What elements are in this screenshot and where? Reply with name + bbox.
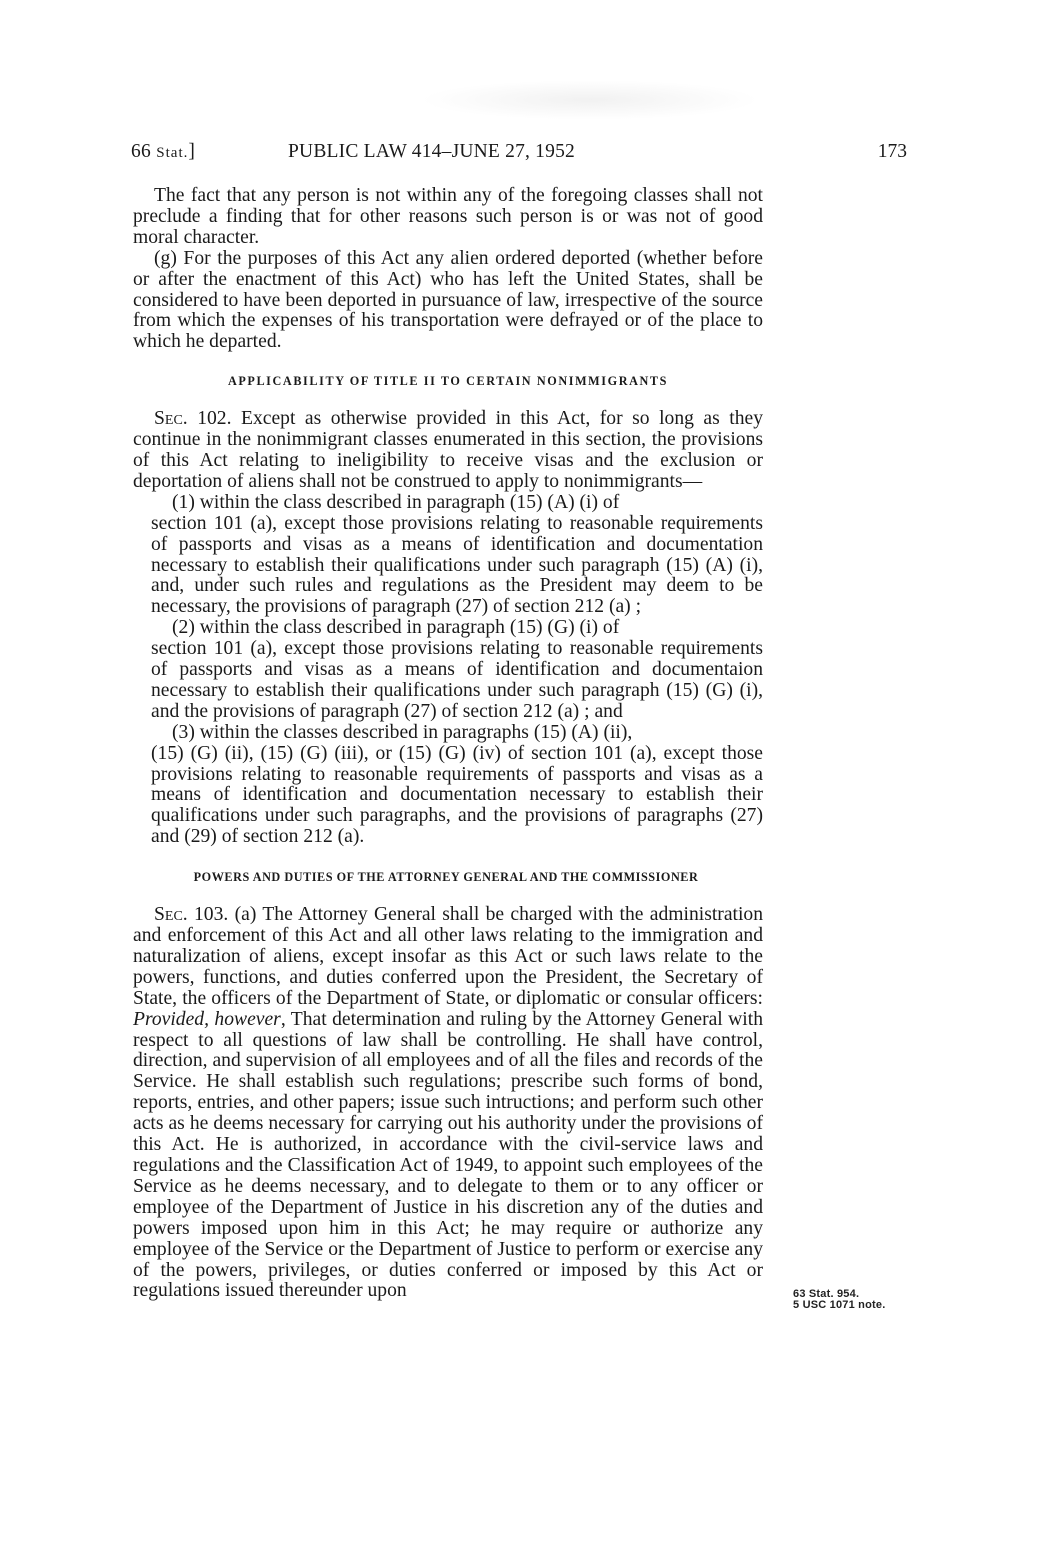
section-102-item-3: (3) within the classes described in para… [133, 723, 763, 848]
section-102-item-1: (1) within the class described in paragr… [133, 493, 763, 618]
section-102-item-2: (2) within the class described in paragr… [133, 618, 763, 723]
volume-citation: 66 Stat.] [131, 140, 195, 165]
page-number: 173 [878, 140, 907, 164]
paragraph-foregoing-classes: The fact that any person is not within a… [133, 186, 763, 249]
section-label: Sec. [154, 408, 188, 429]
running-head: 66 Stat.] PUBLIC LAW 414–JUNE 27, 1952 1… [131, 140, 907, 164]
section-label: Sec. [154, 904, 188, 925]
law-title: PUBLIC LAW 414–JUNE 27, 1952 [288, 140, 575, 164]
section-103-text-part1: 103. (a) The Attorney General shall be c… [133, 904, 763, 1009]
item-body: section 101 (a), except those provisions… [151, 639, 763, 723]
section-102-text: 102. Except as otherwise provided in thi… [133, 408, 763, 492]
margin-note-usc: 5 USC 1071 note. [793, 1300, 885, 1311]
body-column: The fact that any person is not within a… [133, 186, 763, 1302]
item-body: section 101 (a), except those provisions… [151, 514, 763, 619]
item-body: (15) (G) (ii), (15) (G) (iii), or (15) (… [151, 744, 763, 849]
paragraph-g: (g) For the purposes of this Act any ali… [133, 249, 763, 354]
section-103-text-part2: , That determination and ruling by the A… [133, 1009, 763, 1302]
volume-bracket: ] [188, 141, 195, 162]
item-first-line: (2) within the class described in paragr… [133, 618, 763, 639]
section-103-a: Sec. 103. (a) The Attorney General shall… [133, 905, 763, 1302]
section-102-intro: Sec. 102. Except as otherwise provided i… [133, 409, 763, 493]
item-first-line: (3) within the classes described in para… [133, 723, 763, 744]
section-heading-102: APPLICABILITY OF TITLE II TO CERTAIN NON… [133, 371, 763, 392]
section-heading-103: POWERS AND DUTIES OF THE ATTORNEY GENERA… [123, 867, 769, 888]
volume-number: 66 [131, 141, 156, 162]
item-first-line: (1) within the class described in paragr… [133, 493, 763, 514]
volume-stat: Stat. [156, 145, 188, 161]
proviso-italic: Provided, however [133, 1009, 281, 1030]
scan-bleed-through [420, 80, 760, 120]
margin-citation-note: 63 Stat. 954. 5 USC 1071 note. [793, 1289, 885, 1311]
